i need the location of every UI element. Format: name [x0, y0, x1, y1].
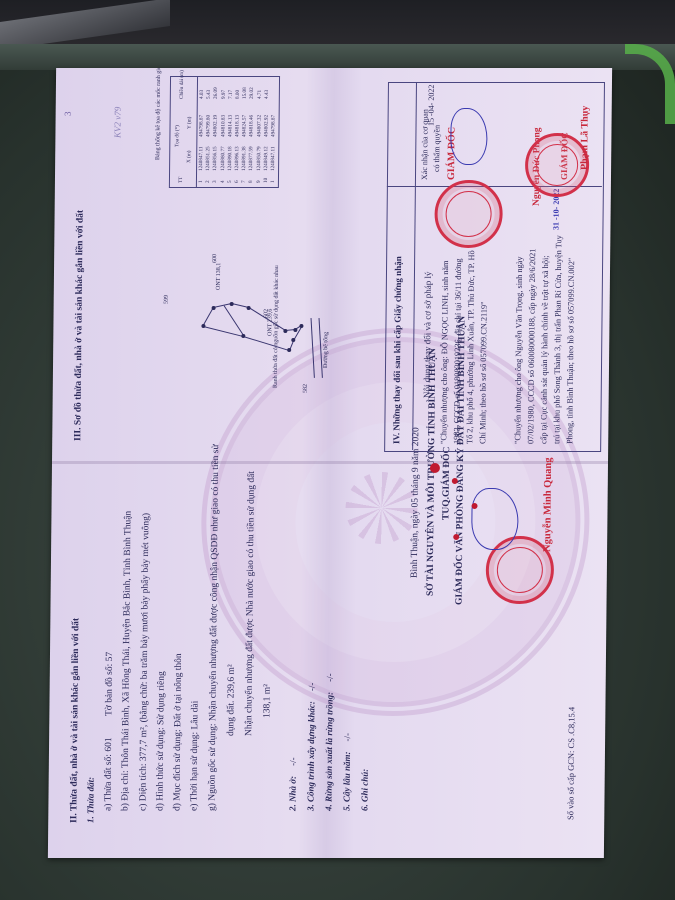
sketch-label: 600	[212, 254, 218, 263]
use-origin-2-area: 138,1 m²	[263, 684, 273, 718]
row-index: 10	[263, 178, 269, 183]
other-construction-field: 3. Công trình xây dựng khác:-/-	[306, 683, 316, 811]
row-length: 4.71	[256, 90, 262, 99]
background-top	[0, 0, 675, 50]
parcel-number: a) Thửa đất số: 601	[104, 737, 114, 811]
row-x: 1240847.11	[270, 147, 276, 171]
row-length: 5.43	[206, 90, 212, 99]
parcel-address: b) Địa chỉ: Thôn Thái Bình, Xã Hồng Thái…	[121, 511, 134, 811]
entry1-date: 15 -04- 2022	[428, 85, 436, 126]
sketch-label: Ranh thửa đất có nguồn gốc sử dụng đất k…	[273, 265, 280, 388]
row-length: 8.00	[235, 90, 241, 99]
sketch-label: 599	[164, 295, 170, 304]
row-index: 2	[205, 180, 211, 183]
perennial-trees-field: 5. Cây lâu năm:-/-	[342, 733, 352, 811]
row-index: 1	[270, 180, 276, 183]
use-purpose: đ) Mục đích sử dụng: Đất ở tại nông thôn	[173, 653, 184, 811]
use-origin-cont: dụng đất. 239,6 m²	[227, 664, 237, 736]
use-origin-2: Nhận chuyển nhượng đất được Nhà nước gia…	[245, 471, 257, 736]
row-index: 1	[198, 180, 204, 183]
coordinate-table-body: 11240847.11494798.874.0321240851.2549479…	[197, 77, 279, 187]
use-term: e) Thời hạn sử dụng: Lâu dài	[190, 701, 201, 811]
section-iii-title: III. Sơ đồ thửa đất, nhà ở và tài sản kh…	[74, 210, 86, 441]
tray-rim	[0, 44, 675, 70]
red-dot	[472, 503, 478, 509]
row-length: 7.17	[228, 90, 234, 99]
row-length: 4.03	[199, 90, 205, 99]
signer-name: Nguyễn Minh Quang	[543, 457, 554, 552]
boundary-marker-icon	[283, 329, 287, 333]
sketch-label: ONT 138,1	[216, 263, 222, 290]
row-index: 9	[256, 180, 262, 183]
row-length: 29.02	[249, 87, 255, 99]
boundary-marker-icon	[201, 324, 205, 328]
changes-confirm-header-2: có thẩm quyền	[433, 125, 441, 172]
row-length: 9.97	[220, 90, 226, 99]
registry-number: Số vào sổ cấp GCN: CS .C8,15.4	[566, 707, 576, 820]
row-index: 6	[234, 180, 240, 183]
coord-table-note: Bảng thống kê tọa độ các mốc ranh giới k…	[155, 68, 163, 160]
row-index: 7	[241, 180, 247, 183]
use-form: d) Hình thức sử dụng: Sử dụng riêng	[156, 671, 167, 811]
entry2-signer: Phạm Lã Thụy	[580, 106, 591, 170]
map-sheet: Tờ bản đồ số: 57	[105, 652, 115, 716]
changes-content-header: Nội dung thay đổi và cơ sở pháp lý	[423, 271, 433, 398]
boundary-line	[243, 336, 289, 351]
red-dot	[452, 478, 458, 484]
section-ii-title: II. Thửa đất, nhà ở và tài sản khác gắn …	[70, 618, 82, 823]
row-index: 4	[220, 180, 226, 183]
boundary-marker-icon	[299, 324, 303, 328]
parcel-subtitle: 1. Thửa đất:	[86, 777, 95, 823]
parcel-area: c) Diện tích: 377,7 m², (bằng chữ: ba tr…	[139, 513, 152, 811]
paper-fold	[52, 461, 608, 464]
table-row: 11240847.11494798.87	[269, 77, 278, 187]
boundary-marker-icon	[230, 302, 234, 306]
signature-org-line2: TUQ.GIÁM ĐỐC	[442, 447, 452, 520]
handwritten-note: KV2 v79	[113, 107, 122, 138]
use-origin: g) Nguồn gốc sử dụng: Nhận chuyển nhượng…	[208, 444, 221, 811]
boundary-marker-icon	[247, 306, 251, 310]
boundary-marker-icon	[291, 338, 295, 342]
house-field: 2. Nhà ở:-/-	[288, 757, 298, 811]
background-vehicle	[0, 0, 170, 50]
row-y: 494798.87	[270, 115, 276, 137]
row-index: 8	[248, 180, 254, 183]
page-mark: 3	[64, 112, 73, 117]
red-dot	[430, 463, 440, 473]
coordinate-table: TT Tọa độ (*) X (m) Y (m) Chiều dài (m) …	[169, 76, 280, 188]
coordinate-table-header: TT Tọa độ (*) X (m) Y (m) Chiều dài (m)	[170, 77, 198, 187]
row-index: 5	[227, 180, 233, 183]
production-forest-field: 4. Rừng sản xuất là rừng trồng:-/-	[324, 673, 334, 811]
boundary-marker-icon	[287, 348, 291, 352]
certificate-paper: II. Thửa đất, nhà ở và tài sản khác gắn …	[48, 68, 612, 858]
row-length: 26.09	[213, 87, 219, 99]
boundary-marker-icon	[293, 328, 297, 332]
notes-field: 6. Ghi chú:	[360, 769, 369, 811]
row-index: 3	[212, 180, 218, 183]
red-dot	[453, 534, 459, 540]
row-length: 4.43	[264, 90, 270, 99]
boundary-marker-icon	[212, 306, 216, 310]
change-entry-line: Chí Minh; theo hồ sơ số 057099.CN.2119"	[479, 301, 489, 444]
boundary-marker-icon	[241, 334, 245, 338]
row-length: 15.08	[242, 87, 248, 99]
sketch-label: 582	[303, 384, 309, 393]
sketch-label: Đường bê tông	[323, 332, 329, 368]
